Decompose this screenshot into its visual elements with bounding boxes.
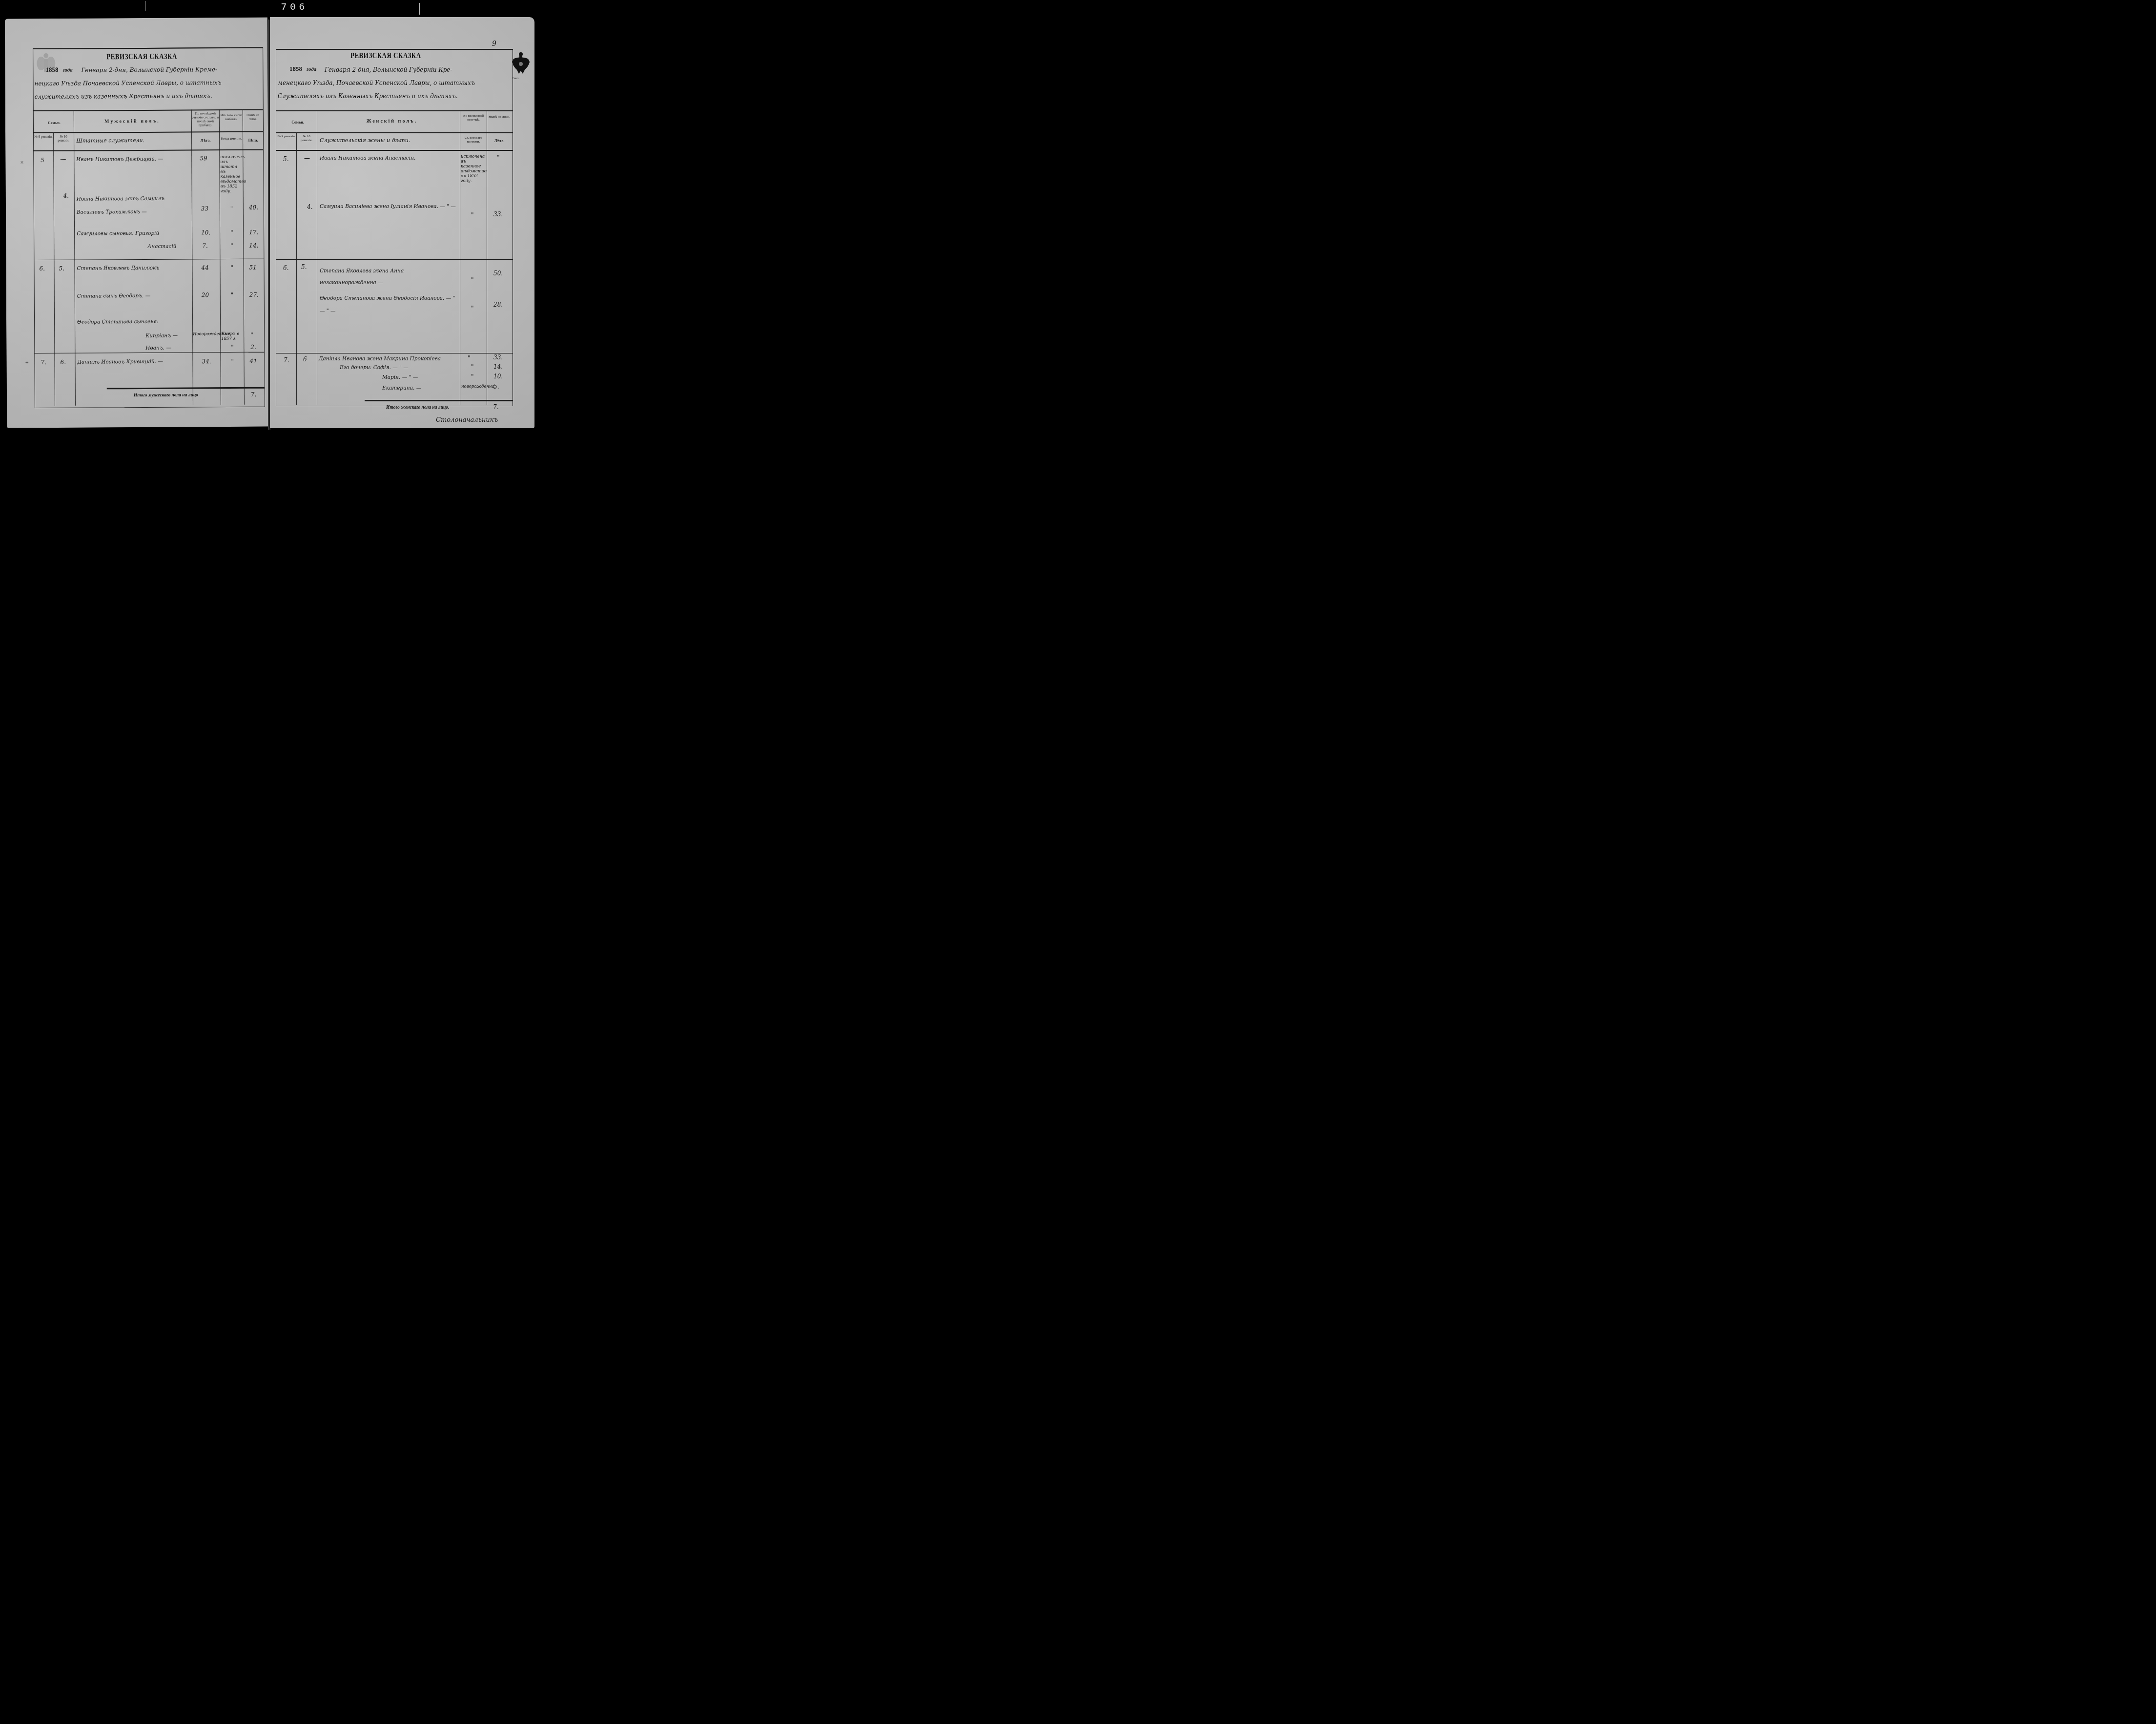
row-9-departed: " [231,358,234,365]
page-number: 9 [492,40,496,48]
subheader-rev10: № 10 ревизіи. [54,135,73,143]
row-7-departed: Умеръ в 1857 г. [221,332,244,341]
margin-mark: × [20,160,24,165]
right-intro-year-suffix: года [307,67,316,71]
row-1-present: 40. [249,204,258,211]
male-total-value: 7. [251,391,257,398]
subheader-category: Штатные служители. [76,137,144,144]
header-temp-absence: Во временной отлучкѣ. [461,114,486,122]
left-intro-year-suffix: года [62,68,72,72]
scan-edge-mark [145,1,145,11]
row-5-age-last: 20 [202,291,209,298]
left-intro-line1: Генваря 2-дня, Волынской Губерніи Креме- [81,66,217,73]
row-0-name: Иванъ Никитовъ Дембицкій. — [76,156,163,163]
row-0-name: Ивана Никитова жена Анастасія. [320,155,415,161]
row-1-rev10: 4. [307,204,312,210]
row-1-name: Самуила Василіева жена Іуліанія Иванова.… [320,200,459,213]
family-divider [276,259,513,260]
row-0-since: исключена въ казенное вѣдомство въ 1852 … [461,154,486,184]
header-present: Нынѣ на лицо. [244,113,262,121]
row-5-departed: " [231,291,234,298]
left-intro-line2: нецкаго Уѣзда Почаевской Успенской Лавры… [34,79,221,87]
row-7-since: новорожденна. [461,384,487,389]
subheader-years: Лѣта. [192,139,219,143]
header-male-section: Мужескій полъ. [88,120,176,124]
row-7-age-last: Новорожденные [193,332,220,336]
left-page: РЕВИЗСКАЯ СКАЗКА 1858 года Генваря 2-дня… [5,18,269,428]
header-female-section: Женскій полъ. [348,120,436,124]
row-0-present: " [497,154,500,161]
row-4-rev10: 6 [303,356,307,363]
subheader-rev9: № 9 ревизіи. [277,134,296,138]
row-6-present: 10. [493,373,503,380]
row-3-name: Ѳеодора Степанова жена Ѳеодосія Иванова.… [320,292,459,317]
row-4-name: Даніила Иванова жена Макрина Прокопіева [319,356,441,362]
header-families: Семьи. [40,121,69,125]
row-2-present: 17. [249,229,258,236]
subheader-since: Съ котораго времени. [461,136,486,144]
right-intro-line1: Генваря 2 дня, Волынской Губерніи Кре- [325,66,452,73]
row-4-departed: " [230,264,233,271]
row-8-present: 2. [250,344,256,351]
subheader-rev9: № 9 ревизіи. [34,135,53,139]
female-total-label: Итого женскаго пола на лицо. [386,405,449,410]
subheader-years2: Лѣта. [244,139,262,143]
row-2-rev10: 5. [301,264,307,270]
total-rule [365,400,513,401]
top-rule [276,49,513,50]
family-divider [276,353,513,353]
row-4-present: 51 [249,264,256,271]
row-9-age-last: 34. [202,358,211,365]
row-4-rev9: 6. [39,265,45,272]
header-families: Семьи. [281,121,315,125]
signature-head-clerk: Столоначальникъ [436,416,498,424]
row-1-since: " [471,212,474,219]
row-0-rev9: 5 [41,157,44,164]
row-4-age-last: 44 [201,264,208,271]
left-form-frame [33,47,265,408]
row-1-age-last: 33 [201,205,208,212]
row-5-present: 14. [493,363,503,370]
right-page: 9 2 коп. РЕВИЗСКАЯ СКАЗКА 1858 года Генв… [270,17,534,428]
archive-stamp: 706 [281,2,308,12]
row-7-name: Кипріанъ — [145,333,178,339]
row-8-name: Иванъ. — [145,345,171,351]
header-present: Нынѣ на лицо. [488,115,511,119]
row-9-rev10: 6. [60,359,66,366]
left-page-title: РЕВИЗСКАЯ СКАЗКА [106,52,177,62]
subheader-rule [276,132,513,133]
row-9-present: 41 [249,358,257,365]
right-intro-line3: Служителяхъ изъ Казенныхъ Крестьянъ и их… [278,93,457,100]
row-3-present: 28. [493,301,503,308]
left-intro-year: 1858 [45,68,58,72]
right-intro-year: 1858 [289,67,302,71]
row-1-present: 33. [493,211,503,218]
row-8-departed: " [231,344,234,351]
row-3-present: 14. [249,242,258,249]
row-7-name: Екатерина. — [382,385,421,391]
right-page-title: РЕВИЗСКАЯ СКАЗКА [350,51,421,61]
row-9-rev9: 7. [41,359,46,366]
row-6-name: Ѳеодора Степанова сыновья: [77,319,159,325]
row-0-rev9: 5. [283,156,288,163]
row-5-name: Степана сынъ Ѳеодоръ. — [77,293,151,299]
subheader-rev10: № 10 ревизіи. [297,134,316,142]
female-total-value: 7. [493,404,498,411]
margin-mark: + [25,360,29,365]
row-4-since: " [468,355,471,362]
row-5-name: Его дочери: Софія. — " — [340,365,409,371]
row-2-departed: " [230,229,233,236]
row-6-name: Марія. — " — [382,374,418,380]
row-0-rev10: — [60,156,66,163]
row-5-present: 27. [249,291,259,298]
row-4-name: Степанъ Яковлевъ Данилюкъ [77,265,159,271]
body-top-rule [276,150,513,151]
imperial-eagle-emblem-icon [510,51,532,76]
row-3-age-last: 7. [202,242,208,249]
col-divider-families [317,110,317,405]
row-1-departed: " [230,205,233,212]
row-2-rev9: 6. [283,265,288,271]
header-last-revision: По послѣдней ревизіи состояло и послѣ он… [192,111,219,127]
row-0-rev10: — [304,155,310,162]
row-4-rev9: 7. [284,357,289,364]
subheader-when: Когда именно. [220,137,243,141]
row-4-present: 33. [493,354,503,361]
subheader-category: Служительскія жены и дѣти. [320,137,410,144]
row-2-name: Самуиловы сыновья: Григорій [77,230,159,237]
row-7-present: " [250,332,253,338]
right-intro-line2: менецкаго Уѣзда, Почаевской Успенской Ла… [278,80,475,86]
row-1-name: Ивана Никитова зять Самуилъ Василіевъ Тр… [77,192,191,219]
header-departed: Изъ того числа выбыло. [220,113,243,121]
row-3-since: " [471,305,474,312]
row-3-departed: " [230,242,233,249]
stamp-price: 2 коп. [512,77,519,81]
row-4-rev10: 5. [59,265,64,272]
col-divider-rev9 [296,132,297,405]
row-2-name: Степана Яковлева жена Анна незаконнорожд… [320,265,459,289]
header-top-rule [276,110,513,111]
left-intro-line3: служителяхъ изъ казенныхъ Крестьянъ и их… [35,92,212,100]
row-1-rev10: 4. [63,192,69,199]
row-9-name: Даніилъ Ивановъ Кривицкій. — [77,359,163,365]
col-divider-name [460,110,460,405]
male-total-label: Итого мужескаго пола на лицо [134,393,198,398]
scan-edge-mark [419,3,420,15]
row-2-since: " [471,277,474,284]
row-6-since: " [471,374,474,380]
row-2-present: 50. [493,270,503,277]
col-divider-absence [487,110,487,405]
subheader-years: Лѣта. [488,139,511,143]
row-0-age-last: 59 [200,155,207,162]
row-0-departed: исключенъ изъ штата въ казенное вѣдомств… [220,155,243,194]
row-2-age-last: 10. [201,229,210,236]
row-3-name: Анастасій [147,244,176,249]
row-7-present: 5. [493,383,499,390]
row-5-since: " [471,364,474,371]
